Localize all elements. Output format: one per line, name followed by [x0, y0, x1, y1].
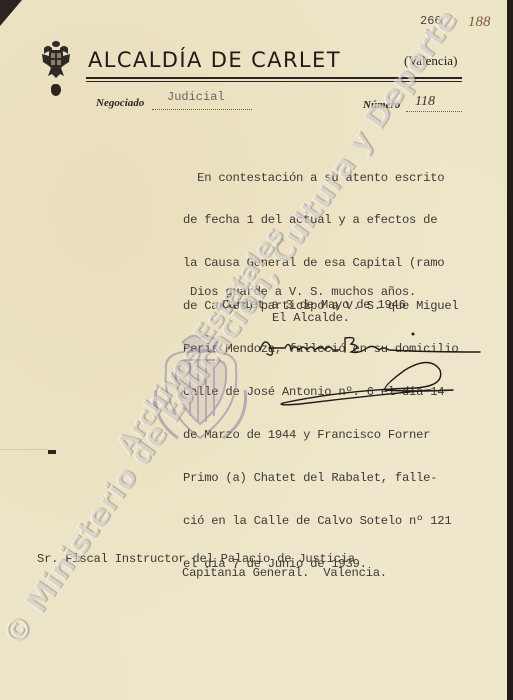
page-edge-shadow: [507, 0, 513, 700]
handwritten-signature-icon: [255, 330, 485, 410]
body-line: ció en la Calle de Calvo Sotelo nº 121: [183, 514, 458, 528]
negociado-label: Negociado: [96, 97, 144, 109]
body-line: Primo (a) Chatet del Rabalet, falle-: [183, 471, 458, 485]
margin-ink-mark: [48, 450, 56, 454]
closing-signer-title: El Alcalde.: [272, 311, 350, 325]
spanish-eagle-crest-icon: [40, 38, 72, 82]
negociado-line: [152, 108, 252, 110]
body-line: la Causa General de esa Capital (ramo: [183, 256, 458, 270]
numero-value: 118: [415, 94, 435, 110]
folded-corner: [0, 0, 22, 26]
document-header-title: ALCALDÍA DE CARLET: [88, 48, 341, 72]
negociado-value: Judicial: [167, 90, 225, 104]
numero-line: [406, 110, 462, 112]
recipient-line-2: Capitania General. Valencia.: [182, 566, 387, 580]
margin-fold-line: [0, 449, 48, 450]
archive-handwritten-number: 188: [468, 14, 491, 31]
